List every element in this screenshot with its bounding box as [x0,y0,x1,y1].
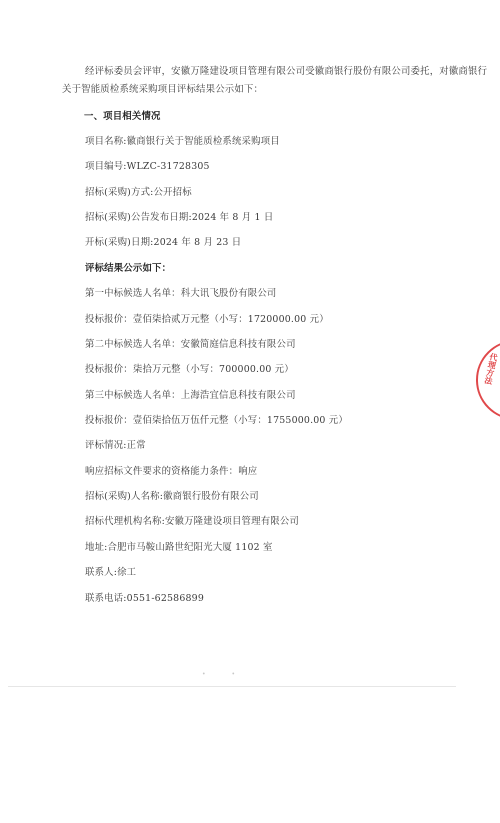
contact-phone: 联系电话:0551-62586899 [85,593,204,605]
results-heading: 评标结果公示如下： [85,263,171,275]
evaluation-status: 评标情况:正常 [85,440,146,452]
purchaser-name: 招标(采购)人名称:徽商银行股份有限公司 [85,491,259,503]
bid-opening-date: 开标(采购)日期:2024 年 8 月 23 日 [85,237,241,249]
footer-divider [8,686,456,687]
first-candidate-bid: 投标报价：壹佰柒拾贰万元整（小写：1720000.00 元） [85,314,329,326]
qualification-response: 响应招标文件要求的资格能力条件：响应 [85,466,257,478]
footer-marks: • • [202,671,247,678]
third-candidate-bid: 投标报价：壹佰柒拾伍万伍仟元整（小写：1755000.00 元） [85,415,348,427]
project-number: 项目编号:WLZC-31728305 [85,161,210,173]
agency-address: 地址:合肥市马鞍山路世纪阳光大厦 1102 室 [85,542,273,554]
second-candidate: 第二中标候选人名单：安徽简庭信息科技有限公司 [85,339,296,351]
agency-name: 招标代理机构名称:安徽万隆建设项目管理有限公司 [85,516,299,528]
intro-paragraph-line-1: 经评标委员会评审，安徽万隆建设项目管理有限公司受徽商银行股份有限公司委托，对徽商… [85,66,487,78]
document-page: 经评标委员会评审，安徽万隆建设项目管理有限公司受徽商银行股份有限公司委托，对徽商… [0,0,500,823]
second-candidate-bid: 投标报价：柒拾万元整（小写：700000.00 元） [85,364,294,376]
intro-paragraph-line-2: 关于智能质检系统采购项目评标结果公示如下： [62,84,263,96]
third-candidate: 第三中标候选人名单：上海浩宜信息科技有限公司 [85,390,296,402]
project-name: 项目名称:徽商银行关于智能质检系统采购项目 [85,136,280,148]
section-heading-project-info: 一、项目相关情况 [84,111,161,123]
procurement-method: 招标(采购)方式:公开招标 [85,187,192,199]
first-candidate: 第一中标候选人名单：科大讯飞股份有限公司 [85,288,277,300]
contact-person: 联系人:徐工 [85,567,136,579]
announcement-date: 招标(采购)公告发布日期:2024 年 8 月 1 日 [85,212,273,224]
